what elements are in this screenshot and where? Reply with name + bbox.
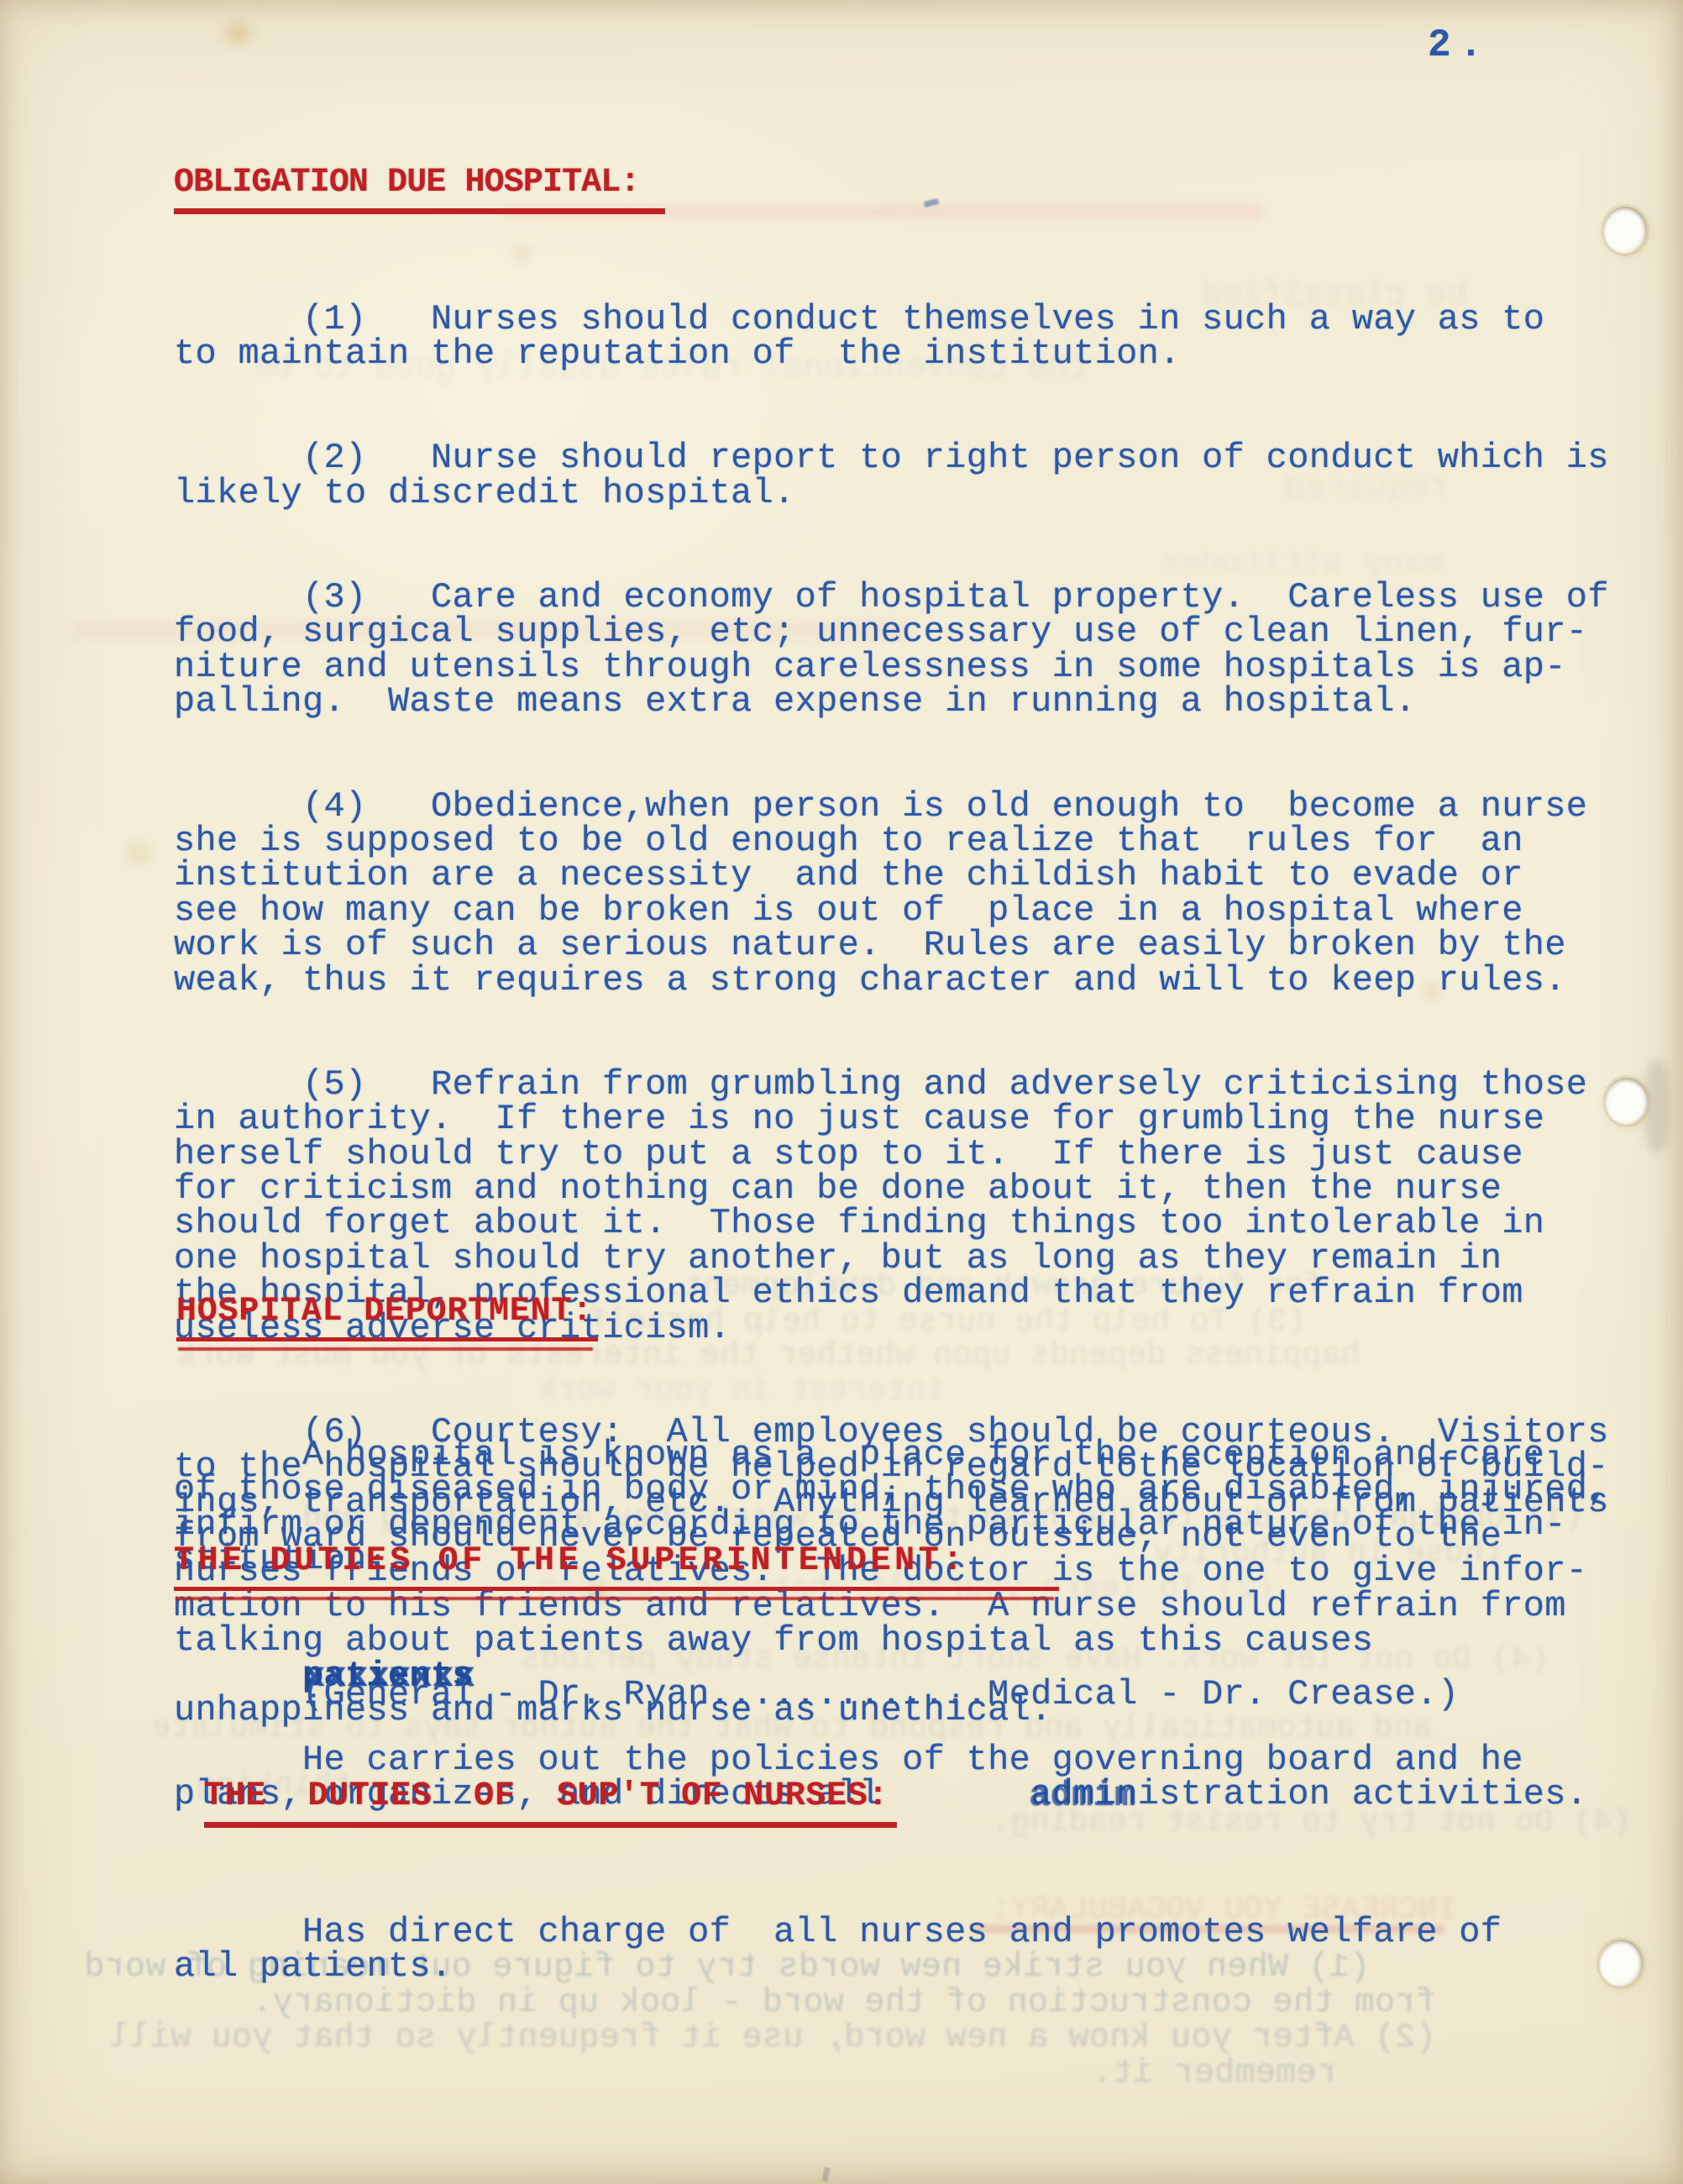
- heading-duties-of-supt-of-nurses: THE DUTIES OF SUP'T OF NURSES:: [204, 1778, 897, 1828]
- page-number: 2.: [1428, 24, 1491, 67]
- heading-hospital-deportment: HOSPITAL DEPORTMENT:: [176, 1294, 598, 1341]
- obligation-item-4: (4) Obedience,when person is old enough …: [174, 790, 1659, 998]
- punch-hole: [1603, 207, 1647, 254]
- deportment-paragraph: A hospital is known as a place for the r…: [174, 1368, 1659, 1646]
- heading-duties-of-superintendent: THE DUTIES OF THE SUPERINTENDENT:: [174, 1543, 1059, 1591]
- punch-hole: [1605, 1078, 1649, 1125]
- supt-nurses-text: Has direct charge of all nurses and prom…: [174, 1915, 1659, 1985]
- superintendent-text-after: activities.: [1330, 1774, 1587, 1814]
- obligation-item-3: (3) Care and economy of hospital propert…: [174, 580, 1659, 720]
- foxing-spot: [225, 22, 250, 44]
- bleed-through-line: remember it.: [1092, 2055, 1337, 2092]
- overtyped-word-overlay: admim: [900, 1779, 1136, 1814]
- overtyped-word: administrationadmim: [902, 1777, 1330, 1812]
- obligation-item-1: (1) Nurses should conduct themselves in …: [174, 302, 1659, 372]
- foxing-spot: [124, 842, 153, 865]
- document-page: be classifiedthe conventional rules usua…: [0, 0, 1683, 2184]
- supt-nurses-paragraph: Has direct charge of all nurses and prom…: [174, 1845, 1659, 2054]
- obligation-item-2: (2) Nurse should report to right person …: [174, 441, 1659, 511]
- heading-obligation-due-hospital: OBLIGATION DUE HOSPITAL:: [174, 165, 665, 214]
